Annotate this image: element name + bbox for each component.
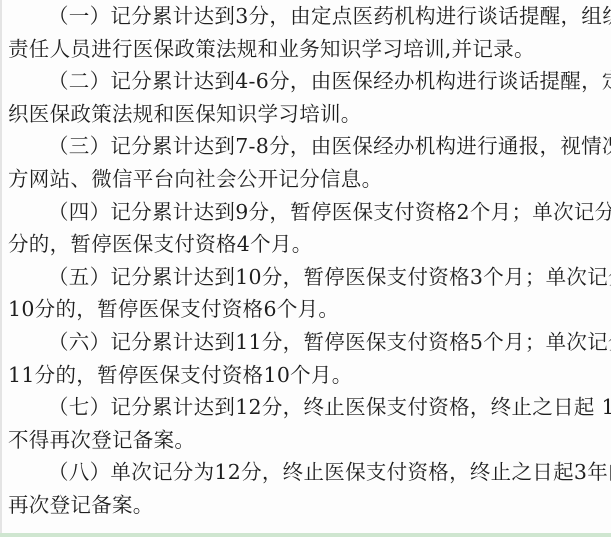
- paragraph-line: 再次登记备案。: [8, 489, 598, 522]
- paragraph-1: （一）记分累计达到3分，由定点医药机构进行谈话提醒，组织相关 责任人员进行医保政…: [8, 0, 598, 65]
- paragraph-line: （三）记分累计达到7-8分，由医保经办机构进行通报，视情况在官: [8, 130, 598, 163]
- paragraph-line: 分的，暂停医保支付资格4个月。: [8, 228, 598, 261]
- paragraph-line: （七）记分累计达到12分，终止医保支付资格，终止之日起 1 年内: [8, 391, 598, 424]
- paragraph-5: （五）记分累计达到10分，暂停医保支付资格3个月；单次记分达到 10分的，暂停医…: [8, 261, 598, 326]
- paragraph-line: 11分的，暂停医保支付资格10个月。: [8, 359, 598, 392]
- paragraph-2: （二）记分累计达到4-6分，由医保经办机构进行谈话提醒，定期组 织医保政策法规和…: [8, 65, 598, 130]
- paragraph-line: 10分的，暂停医保支付资格6个月。: [8, 293, 598, 326]
- paragraph-line: （四）记分累计达到9分，暂停医保支付资格2个月；单次记分达到9: [8, 196, 598, 229]
- paragraph-7: （七）记分累计达到12分，终止医保支付资格，终止之日起 1 年内 不得再次登记备…: [8, 391, 598, 456]
- document-page: （一）记分累计达到3分，由定点医药机构进行谈话提醒，组织相关 责任人员进行医保政…: [0, 0, 611, 537]
- paragraph-line: 不得再次登记备案。: [8, 424, 598, 457]
- paragraph-line: （一）记分累计达到3分，由定点医药机构进行谈话提醒，组织相关: [8, 0, 598, 33]
- paragraph-4: （四）记分累计达到9分，暂停医保支付资格2个月；单次记分达到9 分的，暂停医保支…: [8, 196, 598, 261]
- paragraph-line: （八）单次记分为12分，终止医保支付资格，终止之日起3年内不得: [8, 456, 598, 489]
- paragraph-line: 方网站、微信平台向社会公开记分信息。: [8, 163, 598, 196]
- paragraph-line: （二）记分累计达到4-6分，由医保经办机构进行谈话提醒，定期组: [8, 65, 598, 98]
- document-body: （一）记分累计达到3分，由定点医药机构进行谈话提醒，组织相关 责任人员进行医保政…: [8, 0, 598, 522]
- paragraph-8: （八）单次记分为12分，终止医保支付资格，终止之日起3年内不得 再次登记备案。: [8, 456, 598, 521]
- page-edge-divider: [0, 0, 2, 537]
- paragraph-line: （五）记分累计达到10分，暂停医保支付资格3个月；单次记分达到: [8, 261, 598, 294]
- paragraph-line: （六）记分累计达到11分，暂停医保支付资格5个月；单次记分达到: [8, 326, 598, 359]
- paragraph-line: 责任人员进行医保政策法规和业务知识学习培训,并记录。: [8, 33, 598, 66]
- paragraph-line: 织医保政策法规和医保知识学习培训。: [8, 98, 598, 131]
- paragraph-6: （六）记分累计达到11分，暂停医保支付资格5个月；单次记分达到 11分的，暂停医…: [8, 326, 598, 391]
- bottom-color-band: [0, 533, 611, 537]
- paragraph-3: （三）记分累计达到7-8分，由医保经办机构进行通报，视情况在官 方网站、微信平台…: [8, 130, 598, 195]
